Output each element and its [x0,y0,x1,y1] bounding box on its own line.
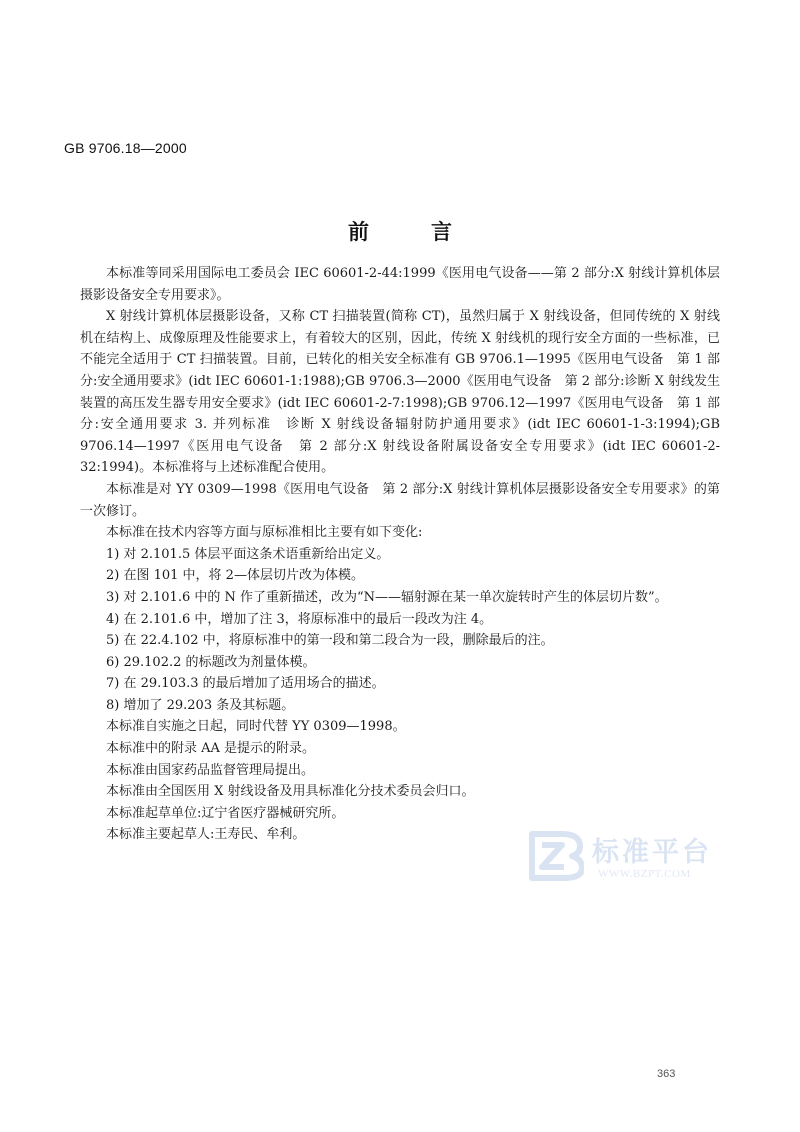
closing-proposer: 本标准由国家药品监督管理局提出。 [80,760,720,782]
closing-replaces: 本标准自实施之日起，同时代替 YY 0309—1998。 [80,716,720,738]
change-item: 7) 在 29.103.3 的最后增加了适用场合的描述。 [80,673,720,695]
page-number: 363 [657,1068,675,1080]
change-item: 2) 在图 101 中，将 2—体层切片改为体模。 [80,565,720,587]
change-item: 3) 对 2.101.6 中的 N 作了重新描述，改为“N——辐射源在某一单次旋… [80,587,720,609]
page-title-char-2: 言 [431,216,452,246]
change-item: 6) 29.102.2 的标题改为剂量体模。 [80,652,720,674]
paragraph-changes-intro: 本标准在技术内容等方面与原标准相比主要有如下变化: [80,522,720,544]
watermark-name: 标准平台 [592,830,712,869]
change-item: 5) 在 22.4.102 中，将原标准中的第一段和第二段合为一段，删除最后的注… [80,630,720,652]
standard-code: GB 9706.18—2000 [64,140,187,156]
paragraph-adoption: 本标准等同采用国际电工委员会 IEC 60601-2-44:1999《医用电气设… [80,263,720,306]
closing-committee: 本标准由全国医用 X 射线设备及用具标准化分技术委员会归口。 [80,781,720,803]
paragraph-revision: 本标准是对 YY 0309—1998《医用电气设备 第 2 部分:X 射线计算机… [80,479,720,522]
change-item: 4) 在 2.101.6 中，增加了注 3，将原标准中的最后一段改为注 4。 [80,609,720,631]
page-title: 前言 [0,216,800,246]
foreword-body: 本标准等同采用国际电工委员会 IEC 60601-2-44:1999《医用电气设… [80,263,720,846]
watermark: 标准平台 WWW.BZPT.COM [528,826,748,896]
change-item: 1) 对 2.101.5 体层平面这条术语重新给出定义。 [80,544,720,566]
watermark-url: WWW.BZPT.COM [598,868,691,880]
closing-drafting-unit: 本标准起草单位:辽宁省医疗器械研究所。 [80,803,720,825]
bzpt-logo-icon [528,830,584,882]
paragraph-background: X 射线计算机体层摄影设备，又称 CT 扫描装置(简称 CT)，虽然归属于 X … [80,306,720,479]
changes-list: 1) 对 2.101.5 体层平面这条术语重新给出定义。 2) 在图 101 中… [80,544,720,717]
closing-annex: 本标准中的附录 AA 是提示的附录。 [80,738,720,760]
change-item: 8) 增加了 29.203 条及其标题。 [80,695,720,717]
page-title-char-1: 前 [348,216,369,246]
